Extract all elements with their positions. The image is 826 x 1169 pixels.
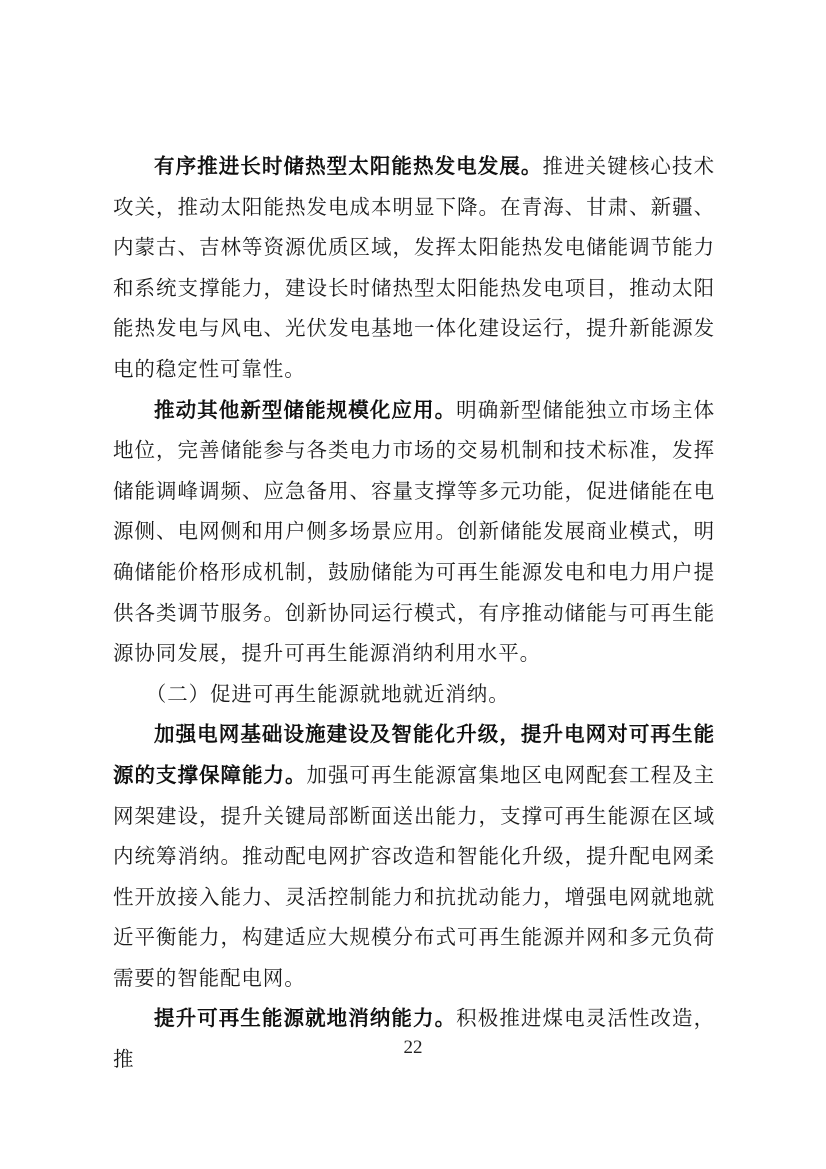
section-heading: （二）促进可再生能源就地就近消纳。 xyxy=(113,674,715,715)
paragraph-lead: 提升可再生能源就地消纳能力。 xyxy=(154,1006,456,1030)
paragraph-text: 推进关键核心技术攻关，推动太阳能热发电成本明显下降。在青海、甘肃、新疆、内蒙古、… xyxy=(113,154,715,381)
paragraph-new-storage: 推动其他新型储能规模化应用。明确新型储能独立市场主体地位，完善储能参与各类电力市… xyxy=(113,390,715,674)
paragraph-text: 明确新型储能独立市场主体地位，完善储能参与各类电力市场的交易机制和技术标准，发挥… xyxy=(113,398,715,666)
page-number: 22 xyxy=(0,1037,826,1059)
paragraph-text: 加强可再生能源富集地区电网配套工程及主网架建设，提升关键局部断面送出能力，支撑可… xyxy=(113,763,715,990)
paragraph-solar-thermal: 有序推进长时储热型太阳能热发电发展。推进关键核心技术攻关，推动太阳能热发电成本明… xyxy=(113,146,715,390)
document-page: 有序推进长时储热型太阳能热发电发展。推进关键核心技术攻关，推动太阳能热发电成本明… xyxy=(0,0,826,1169)
body-text: 有序推进长时储热型太阳能热发电发展。推进关键核心技术攻关，推动太阳能热发电成本明… xyxy=(113,146,715,1080)
paragraph-lead: 有序推进长时储热型太阳能热发电发展。 xyxy=(154,154,543,178)
paragraph-lead: 推动其他新型储能规模化应用。 xyxy=(154,398,456,422)
paragraph-grid-infrastructure: 加强电网基础设施建设及智能化升级，提升电网对可再生能源的支撑保障能力。加强可再生… xyxy=(113,714,715,998)
